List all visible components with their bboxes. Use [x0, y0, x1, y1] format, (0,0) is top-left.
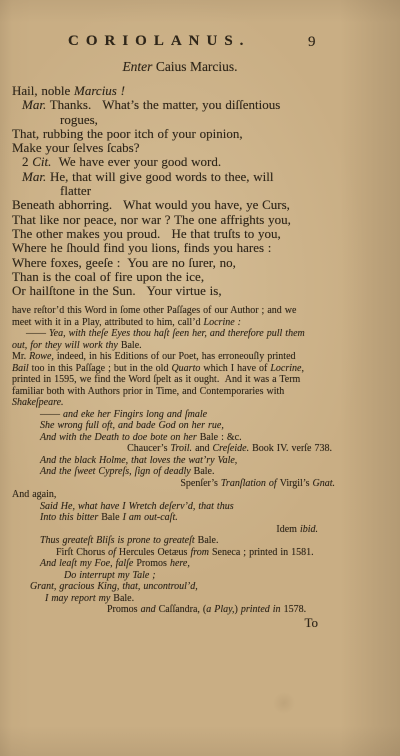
- text-segment: Beneath abhorring. What would you have, …: [12, 197, 290, 212]
- text-segment: printed in 1595, we find the Word ſpelt …: [12, 374, 300, 385]
- text-block: CORIOLANUS. 9 Enter Caius Marcius. Hail,…: [12, 0, 348, 756]
- text-segment: Spenſer’s: [180, 478, 221, 489]
- text-segment: Bail: [12, 363, 29, 374]
- text-segment: Grant, gracious King, that, uncontroul’d…: [30, 581, 198, 592]
- text-segment: Hercules Oetæus: [119, 547, 191, 558]
- text-line: And leaſt my Foe, falſe Promos here,: [12, 558, 348, 570]
- text-line: have reſtor’d this Word in ſome other Pa…: [12, 305, 348, 317]
- text-segment: Into this bitter: [40, 512, 101, 523]
- text-line: familiar both with Authors prior in Time…: [12, 386, 348, 398]
- page-number: 9: [308, 34, 316, 51]
- text-line: Bail too in this Paſſage ; but in the ol…: [12, 363, 348, 375]
- text-segment: Seneca ; printed in 1581.: [212, 547, 314, 558]
- text-line: 2 Cit. We have ever your good word.: [12, 155, 348, 169]
- text-segment: Bale.: [113, 593, 134, 604]
- text-segment: Thus greateſt Bliſs is prone to greateſt: [40, 535, 198, 546]
- text-segment: a Play,: [206, 604, 234, 615]
- text-line: —— Yea, with theſe Eyes thou haſt ſeen h…: [12, 328, 348, 340]
- text-line: Do interrupt my Tale ;: [12, 570, 348, 582]
- text-segment: , indeed, in his Editions of our Poet, h…: [51, 351, 295, 362]
- footnote: have reſtor’d this Word in ſome other Pa…: [12, 305, 348, 616]
- page-title: CORIOLANUS.: [68, 33, 250, 50]
- text-segment: rogues,: [60, 112, 98, 127]
- text-line: And the ſweet Cypreſs, ſign of deadly Ba…: [12, 466, 348, 478]
- text-line: Mr. Rowe, indeed, in his Editions of our…: [12, 351, 348, 363]
- text-segment: ——: [26, 328, 49, 339]
- text-segment: and: [141, 604, 159, 615]
- text-segment: Promos: [136, 558, 170, 569]
- text-segment: flatter: [60, 183, 91, 198]
- text-segment: Marcius !: [74, 83, 125, 98]
- text-segment: Promos: [107, 604, 141, 615]
- text-segment: Shakeſpeare.: [12, 397, 64, 408]
- stage-direction: Enter Caius Marcius.: [12, 59, 348, 75]
- text-segment: He, that will give good words to thee, w…: [46, 169, 273, 184]
- text-segment: Gnat.: [313, 478, 336, 489]
- text-line: Mar. He, that will give good words to th…: [12, 170, 348, 184]
- text-segment: of: [108, 547, 119, 558]
- text-segment: Locrine: [270, 363, 301, 374]
- text-line: Make your ſelves ſcabs?: [12, 141, 348, 155]
- text-line: Thus greateſt Bliſs is prone to greateſt…: [12, 535, 348, 547]
- text-segment: Where he ſhould find you lions, finds yo…: [12, 240, 271, 255]
- text-segment: Than is the coal of fire upon the ice,: [12, 269, 204, 284]
- text-line: Mar. Thanks. What’s the matter, you diſſ…: [12, 98, 348, 112]
- text-line: Said He, what have I Wretch deſerv’d, th…: [12, 501, 348, 513]
- text-segment: She wrong full oft, and bade God on her …: [40, 420, 224, 431]
- text-segment: I am out-caſt.: [120, 512, 178, 523]
- text-segment: Mar.: [22, 169, 46, 184]
- text-segment: And with the Death to doe bote on her: [40, 432, 200, 443]
- text-segment: Tranſlation of: [221, 478, 280, 489]
- text-segment: The other makes you proud. He that truſt…: [12, 226, 281, 241]
- text-segment: have reſtor’d this Word in ſome other Pa…: [12, 305, 296, 316]
- text-segment: Virgil’s: [280, 478, 313, 489]
- text-segment: Creſeide.: [213, 443, 250, 454]
- text-segment: Caſſandra, (: [159, 604, 207, 615]
- text-segment: Bale: [101, 512, 119, 523]
- text-segment: 2: [22, 154, 32, 169]
- text-line: Firſt Chorus of Hercules Oetæus from Sen…: [12, 547, 348, 559]
- text-segment: Firſt Chorus: [56, 547, 108, 558]
- text-segment: ,: [301, 363, 304, 374]
- text-line: Enter Caius Marcius.: [12, 59, 348, 75]
- text-line: Into this bitter Bale I am out-caſt.: [12, 512, 348, 524]
- text-segment: too in this Paſſage ; but in the old: [29, 363, 172, 374]
- text-segment: Mr.: [12, 351, 29, 362]
- text-line: She wrong full oft, and bade God on her …: [12, 420, 348, 432]
- text-line: printed in 1595, we find the Word ſpelt …: [12, 374, 348, 386]
- text-line: Spenſer’s Tranſlation of Virgil’s Gnat.: [12, 478, 348, 490]
- text-segment: from: [190, 547, 212, 558]
- text-line: And with the Death to doe bote on her Ba…: [12, 432, 348, 444]
- text-line: Where foxes, geeſe : You are no ſurer, n…: [12, 256, 348, 270]
- text-line: And the black Holme, that loves the wat’…: [12, 455, 348, 467]
- text-segment: Hail, noble: [12, 83, 74, 98]
- text-segment: Bale.: [198, 535, 219, 546]
- text-segment: Enter: [122, 59, 155, 74]
- text-segment: 1578.: [284, 604, 307, 615]
- text-line: I may report my Bale.: [12, 593, 348, 605]
- text-line: And again,: [12, 489, 348, 501]
- text-line: out, for they will work thy Bale.: [12, 340, 348, 352]
- text-segment: Chaucer’s: [127, 443, 170, 454]
- text-line: Chaucer’s Troil. and Creſeide. Book IV. …: [12, 443, 348, 455]
- text-line: Than is the coal of fire upon the ice,: [12, 270, 348, 284]
- text-segment: and eke her Fingirs long and ſmale: [63, 409, 207, 420]
- text-segment: Bale.: [194, 466, 215, 477]
- text-segment: Mar.: [22, 97, 46, 112]
- text-segment: I may report my: [45, 593, 113, 604]
- text-segment: Cit.: [32, 154, 51, 169]
- text-line: —— and eke her Fingirs long and ſmale: [12, 409, 348, 421]
- text-segment: ——: [40, 409, 63, 420]
- text-line: Beneath abhorring. What would you have, …: [12, 198, 348, 212]
- text-segment: Said He, what have I Wretch deſerv’d, th…: [40, 501, 234, 512]
- text-segment: Rowe: [29, 351, 51, 362]
- text-segment: That like nor peace, nor war ? The one a…: [12, 212, 291, 227]
- text-line: Grant, gracious King, that, uncontroul’d…: [12, 581, 348, 593]
- text-segment: Yea, with theſe Eyes thou haſt ſeen her,…: [49, 328, 305, 339]
- text-line: Idem ibid.: [12, 524, 348, 536]
- text-line: Where he ſhould find you lions, finds yo…: [12, 241, 348, 255]
- main-text: Hail, noble Marcius !Mar. Thanks. What’s…: [12, 84, 348, 298]
- text-segment: And leaſt my Foe, falſe: [40, 558, 136, 569]
- text-segment: And the black Holme, that loves the wat’…: [40, 455, 237, 466]
- text-segment: printed in: [241, 604, 284, 615]
- text-line: Promos and Caſſandra, (a Play,) printed …: [12, 604, 348, 616]
- text-segment: Idem: [276, 524, 300, 535]
- text-line: meet with it in a Play, attributed to hi…: [12, 317, 348, 329]
- text-segment: Book IV. verſe 738.: [249, 443, 332, 454]
- text-segment: Or hailſtone in the Sun. Your virtue is,: [12, 283, 222, 298]
- book-page-scan: CORIOLANUS. 9 Enter Caius Marcius. Hail,…: [0, 0, 400, 756]
- text-segment: We have ever your good word.: [51, 154, 221, 169]
- text-segment: familiar both with Authors prior in Time…: [12, 386, 284, 397]
- text-segment: Make your ſelves ſcabs?: [12, 140, 139, 155]
- text-segment: Caius Marcius.: [156, 59, 238, 74]
- text-segment: here,: [170, 558, 190, 569]
- catchword: To: [304, 615, 318, 631]
- text-segment: That, rubbing the poor itch of your opin…: [12, 126, 243, 141]
- text-segment: Thanks. What’s the matter, you diſſentio…: [46, 97, 280, 112]
- text-segment: out, for they will work thy: [12, 340, 121, 351]
- page-header: CORIOLANUS. 9: [12, 33, 348, 51]
- text-line: Or hailſtone in the Sun. Your virtue is,: [12, 284, 348, 298]
- text-segment: ibid.: [300, 524, 318, 535]
- text-segment: Locrine :: [204, 317, 241, 328]
- text-line: That like nor peace, nor war ? The one a…: [12, 213, 348, 227]
- text-line: Hail, noble Marcius !: [12, 84, 348, 98]
- text-line: rogues,: [12, 113, 348, 127]
- text-segment: which I have of: [200, 363, 270, 374]
- text-line: flatter: [12, 184, 348, 198]
- text-segment: meet with it in a Play, attributed to hi…: [12, 317, 204, 328]
- text-segment: Troil.: [170, 443, 192, 454]
- text-segment: And again,: [12, 489, 56, 500]
- text-segment: Bale :: [200, 432, 224, 443]
- text-segment: Do interrupt my Tale ;: [64, 570, 156, 581]
- text-segment: Bale.: [121, 340, 142, 351]
- text-line: Shakeſpeare.: [12, 397, 348, 409]
- text-segment: &c.: [224, 432, 242, 443]
- text-segment: Where foxes, geeſe : You are no ſurer, n…: [12, 255, 236, 270]
- text-segment: and: [192, 443, 212, 454]
- text-segment: Quarto: [171, 363, 200, 374]
- text-segment: And the ſweet Cypreſs, ſign of deadly: [40, 466, 194, 477]
- text-line: The other makes you proud. He that truſt…: [12, 227, 348, 241]
- text-line: That, rubbing the poor itch of your opin…: [12, 127, 348, 141]
